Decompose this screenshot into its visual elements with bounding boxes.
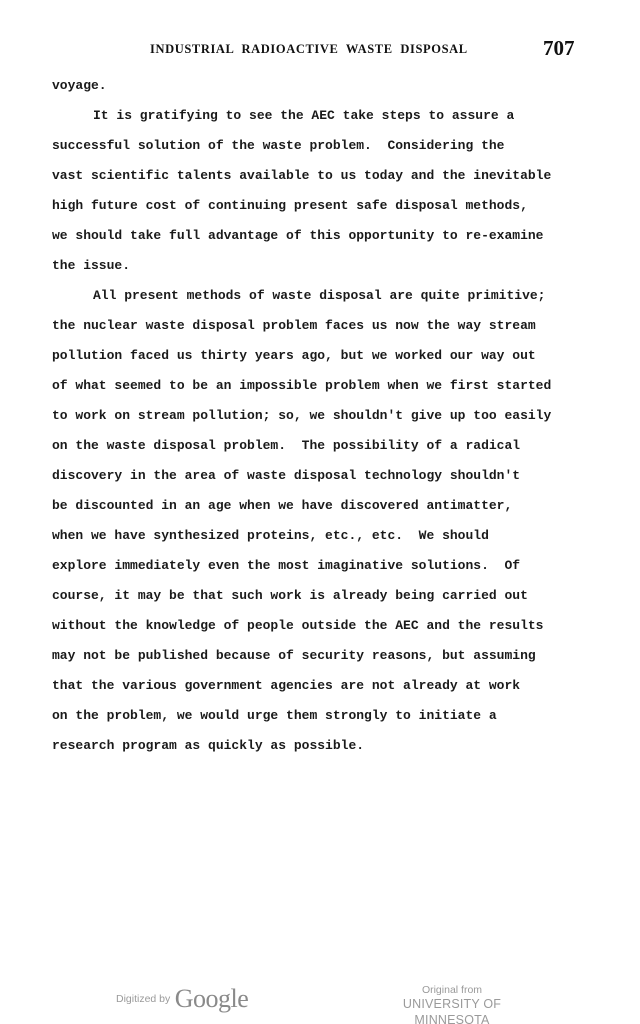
running-head-title: INDUSTRIAL RADIOACTIVE WASTE DISPOSAL [150, 42, 468, 57]
text-line: high future cost of continuing present s… [52, 191, 592, 221]
text-line: without the knowledge of people outside … [52, 611, 592, 641]
digitized-by-watermark: Digitized by Google [116, 984, 248, 1014]
body-text: voyage.It is gratifying to see the AEC t… [52, 71, 592, 761]
scanned-page: INDUSTRIAL RADIOACTIVE WASTE DISPOSAL 70… [0, 0, 640, 1024]
text-line: explore immediately even the most imagin… [52, 551, 592, 581]
text-line: that the various government agencies are… [52, 671, 592, 701]
text-line: research program as quickly as possible. [52, 731, 592, 761]
text-line: we should take full advantage of this op… [52, 221, 592, 251]
original-from-label: Original from [368, 984, 536, 996]
text-line: voyage. [52, 71, 592, 101]
text-line: successful solution of the waste problem… [52, 131, 592, 161]
google-logo: Google [175, 984, 249, 1013]
text-line: may not be published because of security… [52, 641, 592, 671]
text-line: discovery in the area of waste disposal … [52, 461, 592, 491]
text-line: course, it may be that such work is alre… [52, 581, 592, 611]
text-line: of what seemed to be an impossible probl… [52, 371, 592, 401]
text-line: when we have synthesized proteins, etc.,… [52, 521, 592, 551]
text-line: on the waste disposal problem. The possi… [52, 431, 592, 461]
text-line: the nuclear waste disposal problem faces… [52, 311, 592, 341]
text-line: be discounted in an age when we have dis… [52, 491, 592, 521]
page-number: 707 [543, 36, 575, 61]
text-line: pollution faced us thirty years ago, but… [52, 341, 592, 371]
text-line: It is gratifying to see the AEC take ste… [52, 101, 592, 131]
digitized-by-label: Digitized by [116, 993, 170, 1005]
text-line: on the problem, we would urge them stron… [52, 701, 592, 731]
text-line: the issue. [52, 251, 592, 281]
text-line: vast scientific talents available to us … [52, 161, 592, 191]
text-line: to work on stream pollution; so, we shou… [52, 401, 592, 431]
text-line: All present methods of waste disposal ar… [52, 281, 592, 311]
university-label: UNIVERSITY OF MINNESOTA [368, 996, 536, 1024]
original-source-watermark: Original from UNIVERSITY OF MINNESOTA [368, 984, 536, 1024]
